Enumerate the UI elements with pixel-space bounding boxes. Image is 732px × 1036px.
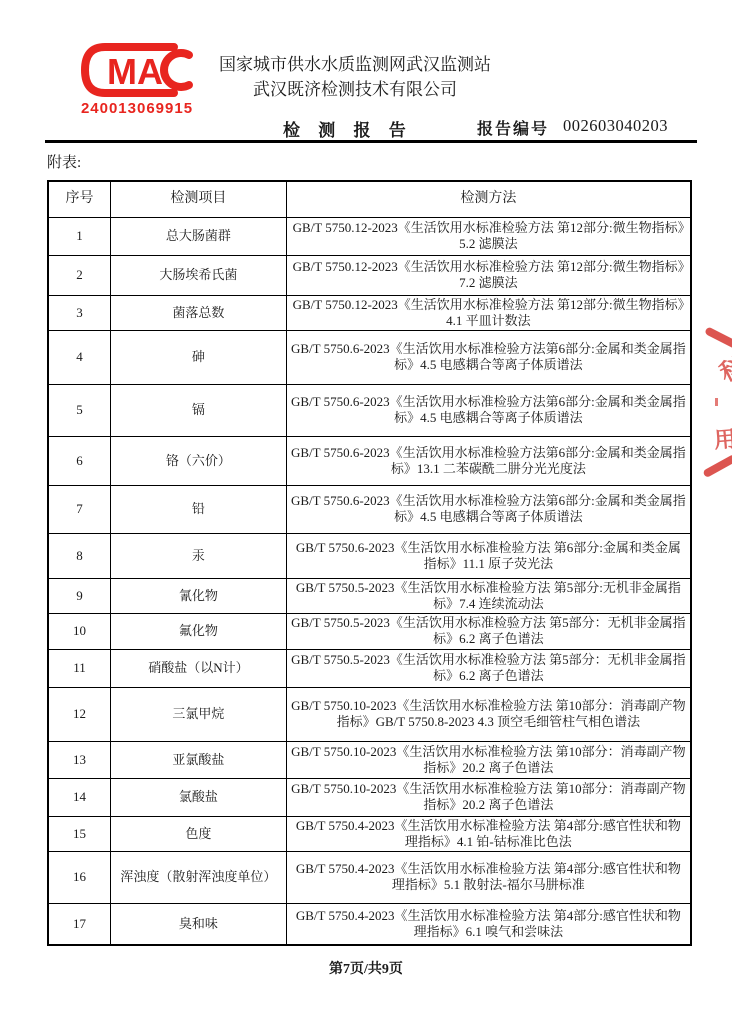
report-number-label: 报告编号 [477,116,549,139]
organization-block: 国家城市供水水质监测网武汉监测站 武汉既济检测技术有限公司 [205,52,505,102]
row-seq: 9 [48,578,111,613]
row-method: GB/T 5750.5-2023《生活饮用水标准检验方法 第5部分：无机非金属指… [286,613,691,649]
row-method: GB/T 5750.4-2023《生活饮用水标准检验方法 第4部分:感官性状和物… [286,851,691,903]
table-row: 2大肠埃希氏菌GB/T 5750.12-2023《生活饮用水标准检验方法 第12… [48,255,691,295]
cma-logo-icon: MA [77,42,197,98]
row-seq: 14 [48,778,111,816]
cma-letters: MA [107,51,163,92]
column-header-method: 检测方法 [286,181,691,217]
row-method: GB/T 5750.12-2023《生活饮用水标准检验方法 第12部分:微生物指… [286,255,691,295]
seal-character: 用 [713,422,732,455]
row-seq: 10 [48,613,111,649]
table-row: 11硝酸盐（以N计）GB/T 5750.5-2023《生活饮用水标准检验方法 第… [48,649,691,687]
table-row: 1总大肠菌群GB/T 5750.12-2023《生活饮用水标准检验方法 第12部… [48,217,691,255]
table-row: 13亚氯酸盐GB/T 5750.10-2023《生活饮用水标准检验方法 第10部… [48,741,691,778]
row-method: GB/T 5750.12-2023《生活饮用水标准检验方法 第12部分:微生物指… [286,217,691,255]
table-row: 8汞GB/T 5750.6-2023《生活饮用水标准检验方法 第6部分:金属和类… [48,533,691,578]
row-method: GB/T 5750.6-2023《生活饮用水标准检验方法第6部分:金属和类金属指… [286,384,691,436]
row-seq: 11 [48,649,111,687]
red-seal-fragment: 科 用 [692,322,732,477]
report-number-value: 002603040203 [563,116,668,136]
column-header-seq: 序号 [48,181,111,217]
report-title: 检 测 报 告 [283,116,413,141]
table-row: 17臭和味GB/T 5750.4-2023《生活饮用水标准检验方法 第4部分:感… [48,903,691,945]
cma-certificate-number: 240013069915 [62,100,212,117]
table-row: 16浑浊度（散射浑浊度单位）GB/T 5750.4-2023《生活饮用水标准检验… [48,851,691,903]
table-row: 15色度GB/T 5750.4-2023《生活饮用水标准检验方法 第4部分:感官… [48,816,691,851]
row-seq: 4 [48,330,111,384]
table-row: 7铅GB/T 5750.6-2023《生活饮用水标准检验方法第6部分:金属和类金… [48,485,691,533]
seal-arc-icon [702,454,732,478]
row-item: 亚氯酸盐 [111,741,287,778]
row-method: GB/T 5750.4-2023《生活饮用水标准检验方法 第4部分:感官性状和物… [286,816,691,851]
row-seq: 2 [48,255,111,295]
table-row: 3菌落总数GB/T 5750.12-2023《生活饮用水标准检验方法 第12部分… [48,295,691,330]
row-item: 总大肠菌群 [111,217,287,255]
table-row: 12三氯甲烷GB/T 5750.10-2023《生活饮用水标准检验方法 第10部… [48,687,691,741]
row-item: 菌落总数 [111,295,287,330]
test-methods-table: 序号 检测项目 检测方法 1总大肠菌群GB/T 5750.12-2023《生活饮… [47,180,692,946]
organization-name-line2: 武汉既济检测技术有限公司 [205,77,505,102]
row-method: GB/T 5750.12-2023《生活饮用水标准检验方法 第12部分:微生物指… [286,295,691,330]
row-seq: 13 [48,741,111,778]
row-item: 铬（六价） [111,436,287,485]
row-item: 大肠埃希氏菌 [111,255,287,295]
row-method: GB/T 5750.5-2023《生活饮用水标准检验方法 第5部分：无机非金属指… [286,649,691,687]
row-seq: 17 [48,903,111,945]
attachment-table-label: 附表: [47,151,81,172]
row-item: 氯酸盐 [111,778,287,816]
row-seq: 3 [48,295,111,330]
table-row: 5镉GB/T 5750.6-2023《生活饮用水标准检验方法第6部分:金属和类金… [48,384,691,436]
row-item: 氟化物 [111,613,287,649]
table-row: 4砷GB/T 5750.6-2023《生活饮用水标准检验方法第6部分:金属和类金… [48,330,691,384]
row-method: GB/T 5750.6-2023《生活饮用水标准检验方法 第6部分:金属和类金属… [286,533,691,578]
row-seq: 12 [48,687,111,741]
row-item: 色度 [111,816,287,851]
row-item: 镉 [111,384,287,436]
row-seq: 15 [48,816,111,851]
table-row: 9氰化物GB/T 5750.5-2023《生活饮用水标准检验方法 第5部分:无机… [48,578,691,613]
row-method: GB/T 5750.6-2023《生活饮用水标准检验方法第6部分:金属和类金属指… [286,485,691,533]
seal-character: 科 [712,346,732,388]
row-item: 硝酸盐（以N计） [111,649,287,687]
row-method: GB/T 5750.6-2023《生活饮用水标准检验方法第6部分:金属和类金属指… [286,330,691,384]
row-item: 臭和味 [111,903,287,945]
row-seq: 16 [48,851,111,903]
row-item: 砷 [111,330,287,384]
column-header-item: 检测项目 [111,181,287,217]
row-method: GB/T 5750.4-2023《生活饮用水标准检验方法 第4部分:感官性状和物… [286,903,691,945]
row-method: GB/T 5750.10-2023《生活饮用水标准检验方法 第10部分：消毒副产… [286,687,691,741]
row-method: GB/T 5750.6-2023《生活饮用水标准检验方法第6部分:金属和类金属指… [286,436,691,485]
header-divider [45,140,697,143]
table-row: 10氟化物GB/T 5750.5-2023《生活饮用水标准检验方法 第5部分：无… [48,613,691,649]
row-item: 三氯甲烷 [111,687,287,741]
table-row: 6铬（六价）GB/T 5750.6-2023《生活饮用水标准检验方法第6部分:金… [48,436,691,485]
organization-name-line1: 国家城市供水水质监测网武汉监测站 [205,52,505,77]
row-method: GB/T 5750.10-2023《生活饮用水标准检验方法 第10部分：消毒副产… [286,741,691,778]
row-seq: 7 [48,485,111,533]
row-seq: 5 [48,384,111,436]
row-seq: 6 [48,436,111,485]
row-seq: 1 [48,217,111,255]
row-method: GB/T 5750.10-2023《生活饮用水标准检验方法 第10部分：消毒副产… [286,778,691,816]
seal-arc-icon [704,326,732,349]
table-row: 14氯酸盐GB/T 5750.10-2023《生活饮用水标准检验方法 第10部分… [48,778,691,816]
row-item: 氰化物 [111,578,287,613]
row-item: 铅 [111,485,287,533]
page-indicator: 第7页/共9页 [0,958,732,978]
row-item: 汞 [111,533,287,578]
table-header-row: 序号 检测项目 检测方法 [48,181,691,217]
report-page: MA 240013069915 国家城市供水水质监测网武汉监测站 武汉既济检测技… [0,0,732,1036]
row-item: 浑浊度（散射浑浊度单位） [111,851,287,903]
row-seq: 8 [48,533,111,578]
row-method: GB/T 5750.5-2023《生活饮用水标准检验方法 第5部分:无机非金属指… [286,578,691,613]
cma-logo: MA 240013069915 [62,42,212,117]
seal-mark-icon [715,398,718,406]
